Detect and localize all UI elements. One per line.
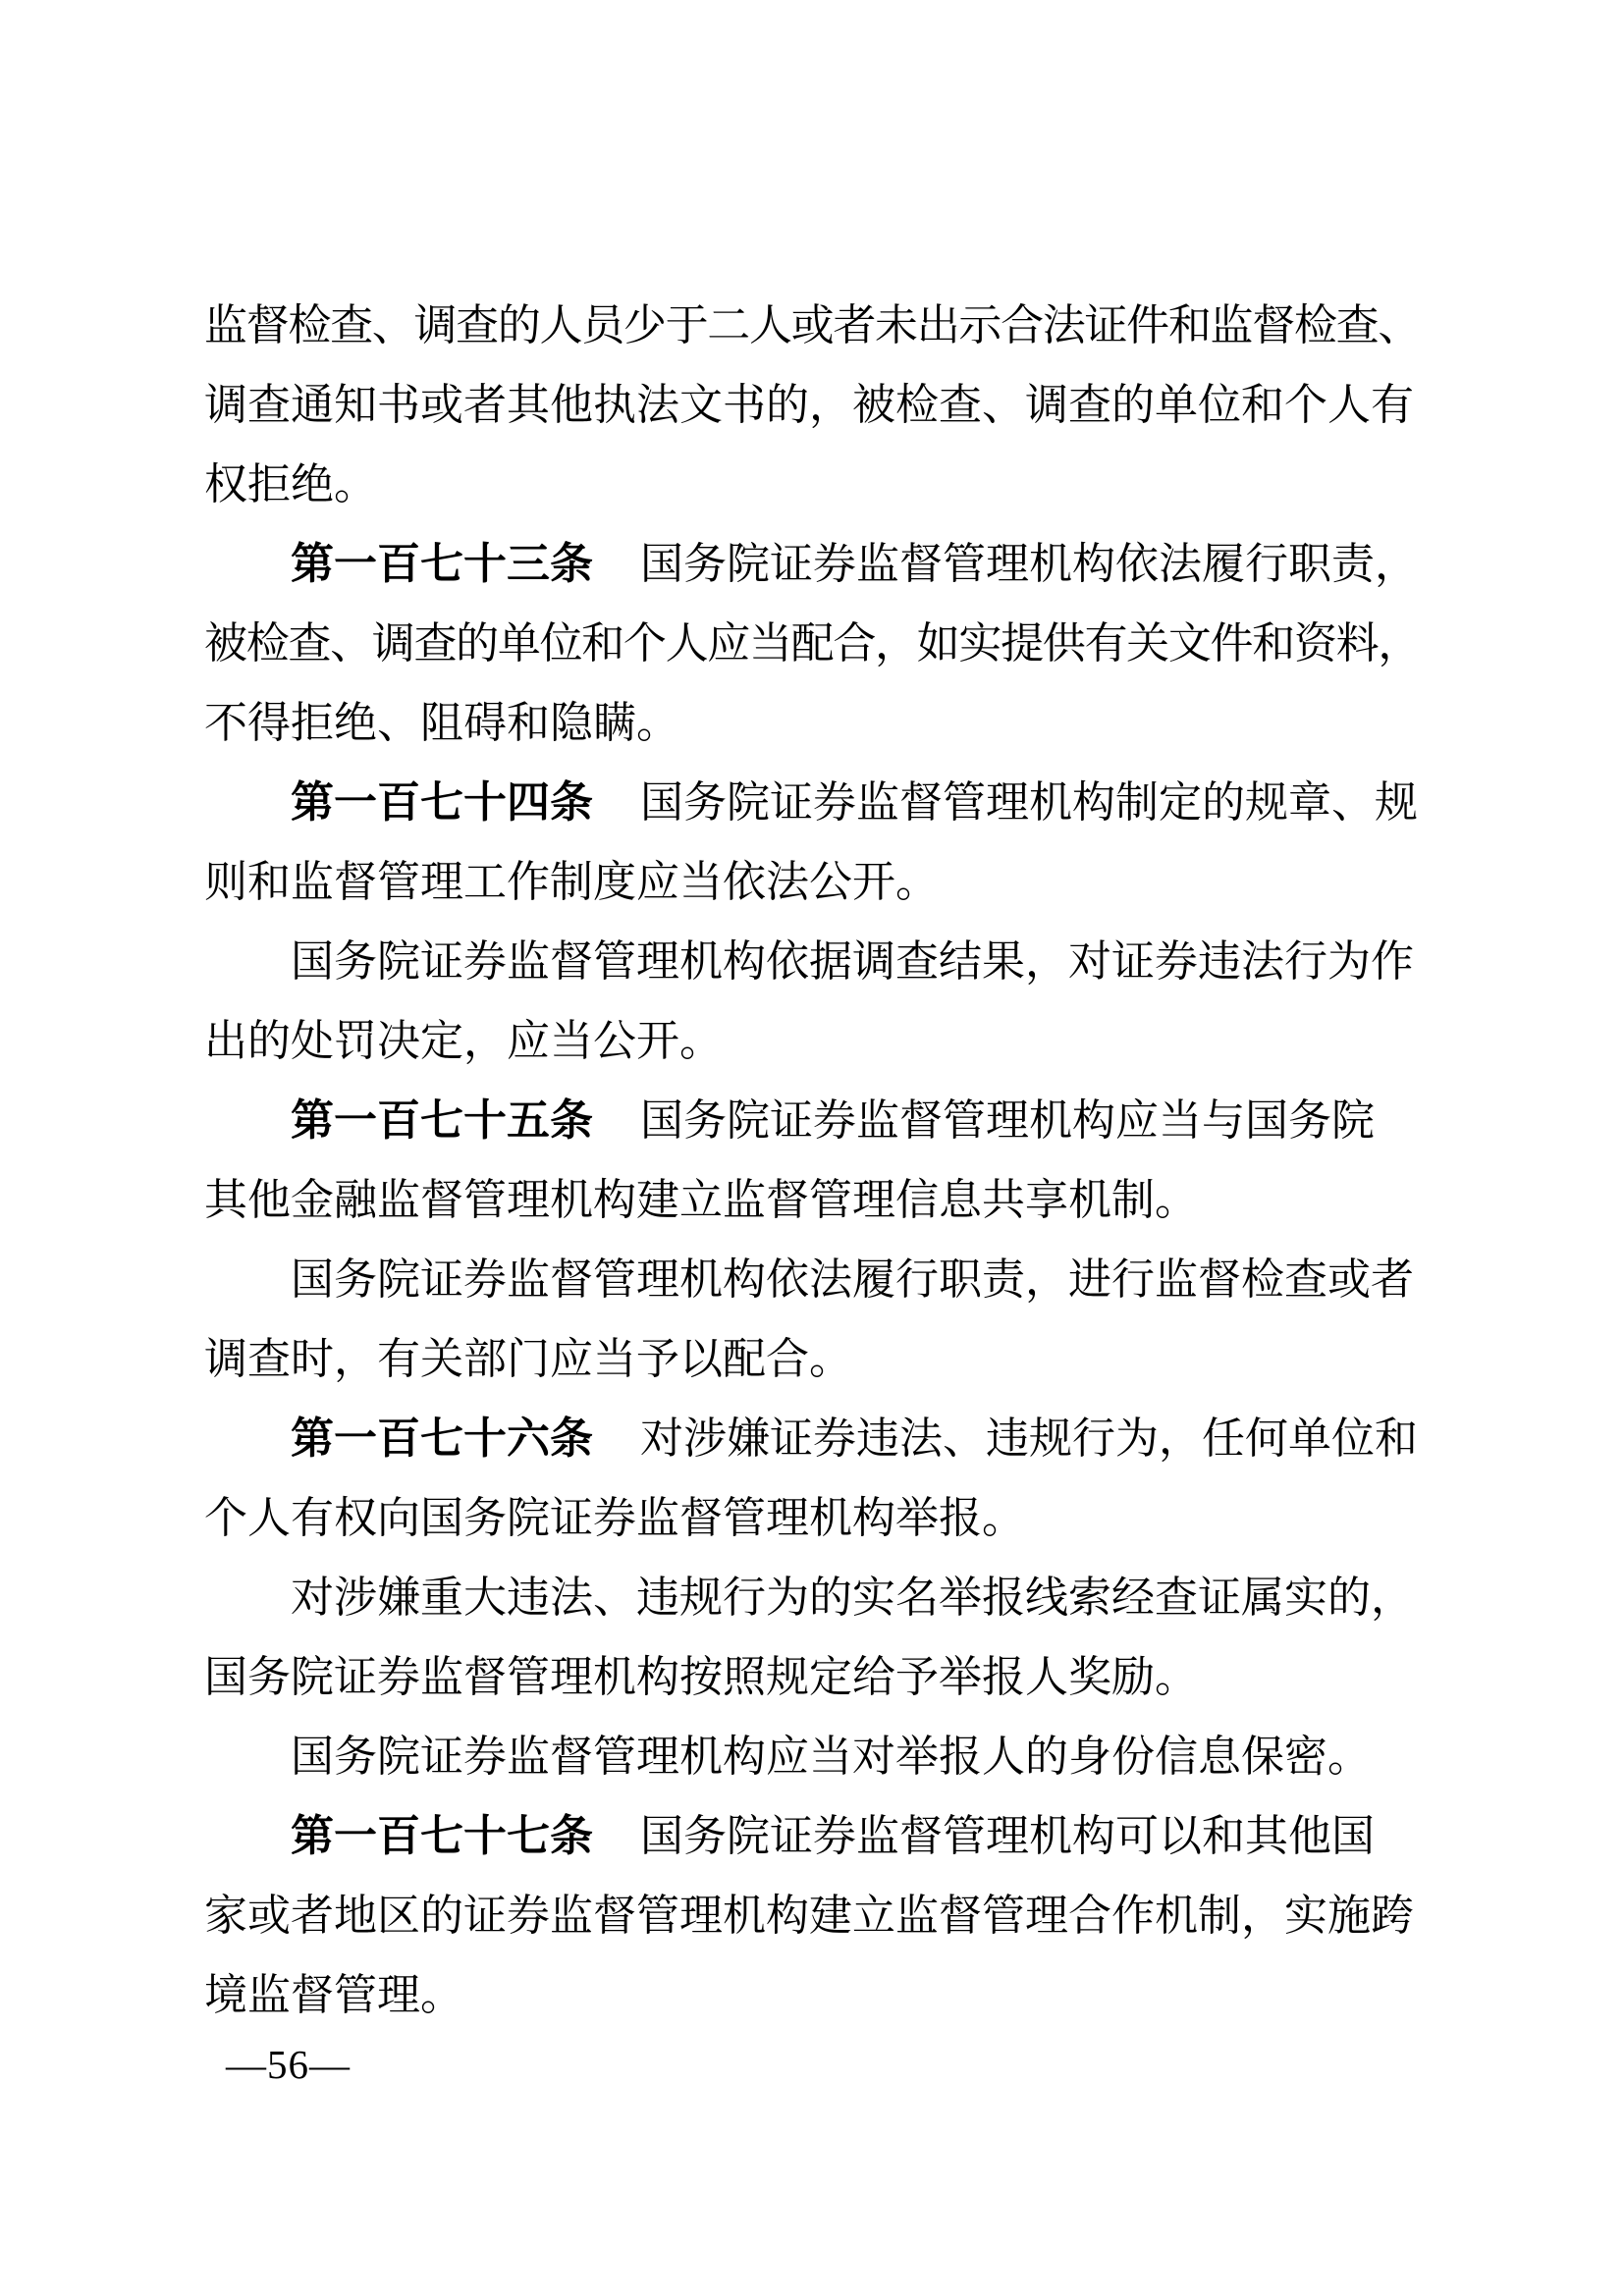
text-line: 其他金融监督管理机构建立监督管理信息共享机制。	[204, 1160, 1420, 1240]
line-text: 对涉嫌重大违法、违规行为的实名举报线索经查证属实的，	[291, 1574, 1414, 1622]
text-line: 对涉嫌重大违法、违规行为的实名举报线索经查证属实的，	[204, 1558, 1420, 1637]
document-page: 监督检查、调查的人员少于二人或者未出示合法证件和监督检查、调查通知书或者其他执法…	[0, 0, 1624, 2296]
text-line: 个人有权向国务院证券监督管理机构举报。	[204, 1478, 1420, 1558]
line-text: 国务院证券监督管理机构依法履行职责，	[640, 540, 1418, 588]
text-line: 监督检查、调查的人员少于二人或者未出示合法证件和监督检查、	[204, 286, 1420, 365]
line-text: 则和监督管理工作制度应当依法公开。	[204, 858, 939, 906]
text-line: 国务院证券监督管理机构应当对举报人的身份信息保密。	[204, 1717, 1420, 1796]
line-text: 权拒绝。	[204, 460, 377, 508]
line-text: 个人有权向国务院证券监督管理机构举报。	[204, 1494, 1025, 1542]
text-line: 国务院证券监督管理机构按照规定给予举报人奖励。	[204, 1637, 1420, 1717]
text-line: 调查通知书或者其他执法文书的，被检查、调查的单位和个人有	[204, 365, 1420, 445]
line-text: 国务院证券监督管理机构制定的规章、规	[640, 778, 1418, 827]
line-text: 国务院证券监督管理机构应当对举报人的身份信息保密。	[291, 1733, 1371, 1781]
line-text: 出的处罚决定，应当公开。	[204, 1017, 723, 1065]
article-number: 第一百七十三条	[291, 540, 593, 588]
line-text: 家或者地区的证券监督管理机构建立监督管理合作机制，实施跨	[204, 1892, 1414, 1940]
line-text: 调查通知书或者其他执法文书的，被检查、调查的单位和个人有	[204, 381, 1414, 429]
text-line: 家或者地区的证券监督管理机构建立监督管理合作机制，实施跨	[204, 1876, 1420, 1955]
legal-text-block: 监督检查、调查的人员少于二人或者未出示合法证件和监督检查、调查通知书或者其他执法…	[204, 286, 1420, 2035]
line-text: 国务院证券监督管理机构按照规定给予举报人奖励。	[204, 1653, 1198, 1701]
article-heading-line: 第一百七十七条国务院证券监督管理机构可以和其他国	[204, 1796, 1420, 1876]
page-number: —56—	[226, 2040, 351, 2089]
article-number: 第一百七十六条	[291, 1415, 593, 1463]
text-line: 境监督管理。	[204, 1955, 1420, 2035]
article-number: 第一百七十五条	[291, 1096, 593, 1145]
article-heading-line: 第一百七十三条国务院证券监督管理机构依法履行职责，	[204, 524, 1420, 604]
text-line: 出的处罚决定，应当公开。	[204, 1001, 1420, 1081]
article-number: 第一百七十七条	[291, 1812, 593, 1860]
line-text: 其他金融监督管理机构建立监督管理信息共享机制。	[204, 1176, 1198, 1224]
line-text: 不得拒绝、阻碍和隐瞒。	[204, 699, 679, 747]
article-number: 第一百七十四条	[291, 778, 593, 827]
article-heading-line: 第一百七十五条国务院证券监督管理机构应当与国务院	[204, 1081, 1420, 1160]
text-line: 被检查、调查的单位和个人应当配合，如实提供有关文件和资料，	[204, 604, 1420, 683]
text-line: 国务院证券监督管理机构依据调查结果，对证券违法行为作	[204, 922, 1420, 1001]
text-line: 不得拒绝、阻碍和隐瞒。	[204, 683, 1420, 763]
line-text: 监督检查、调查的人员少于二人或者未出示合法证件和监督检查、	[204, 301, 1420, 349]
line-text: 国务院证券监督管理机构依法履行职责，进行监督检查或者	[291, 1255, 1414, 1304]
line-text: 国务院证券监督管理机构应当与国务院	[640, 1096, 1375, 1145]
line-text: 境监督管理。	[204, 1971, 463, 2019]
text-line: 权拒绝。	[204, 445, 1420, 524]
line-text: 国务院证券监督管理机构依据调查结果，对证券违法行为作	[291, 937, 1414, 986]
line-text: 调查时，有关部门应当予以配合。	[204, 1335, 852, 1383]
text-line: 则和监督管理工作制度应当依法公开。	[204, 842, 1420, 922]
line-text: 被检查、调查的单位和个人应当配合，如实提供有关文件和资料，	[204, 619, 1420, 667]
line-text: 对涉嫌证券违法、违规行为，任何单位和	[640, 1415, 1418, 1463]
article-heading-line: 第一百七十四条国务院证券监督管理机构制定的规章、规	[204, 763, 1420, 842]
text-line: 调查时，有关部门应当予以配合。	[204, 1319, 1420, 1399]
article-heading-line: 第一百七十六条对涉嫌证券违法、违规行为，任何单位和	[204, 1399, 1420, 1478]
text-line: 国务院证券监督管理机构依法履行职责，进行监督检查或者	[204, 1240, 1420, 1319]
line-text: 国务院证券监督管理机构可以和其他国	[640, 1812, 1375, 1860]
